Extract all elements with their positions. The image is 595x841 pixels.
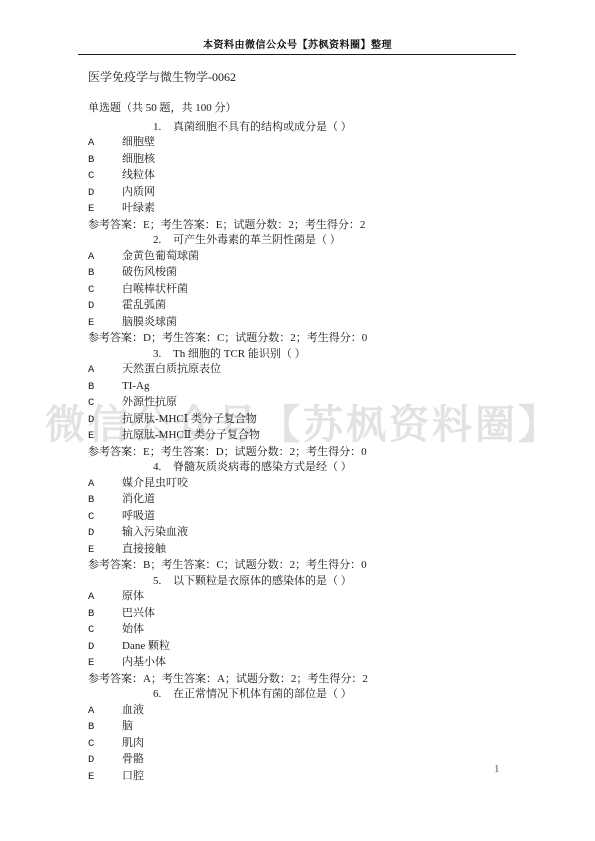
- answer-score-line: 参考答案：B；考生答案：C；试题分数：2；考生得分：0: [88, 558, 512, 574]
- option-text: 肌肉: [122, 737, 144, 749]
- option-text: 白喉棒状杆菌: [122, 283, 188, 295]
- option-text: 巴兴体: [122, 607, 155, 619]
- option-row: C白喉棒状杆菌: [88, 282, 512, 299]
- option-letter: D: [88, 186, 122, 202]
- section-heading: 单选题（共 50 题，共 100 分）: [88, 101, 512, 117]
- question-stem: 6.在正常情况下机体有菌的部位是（ ）: [88, 687, 512, 703]
- option-letter: D: [88, 526, 122, 542]
- answer-score-line: 参考答案：E；考生答案：D；试题分数：2；考生得分：0: [88, 445, 512, 461]
- option-row: C呼吸道: [88, 509, 512, 526]
- answer-score-line: 参考答案：D；考生答案：C；试题分数：2；考生得分：0: [88, 331, 512, 347]
- option-text: 原体: [122, 590, 144, 602]
- option-row: BTI-Ag: [88, 379, 512, 396]
- option-letter: A: [88, 250, 122, 266]
- option-text: 呼吸道: [122, 510, 155, 522]
- option-text: 血液: [122, 704, 144, 716]
- option-letter: C: [88, 623, 122, 639]
- option-letter: E: [88, 770, 122, 786]
- option-row: A金黄色葡萄球菌: [88, 249, 512, 266]
- option-text: 脑: [122, 720, 133, 732]
- question-block: 1.真菌细胞不具有的结构或成分是（ ）A细胞壁B细胞核C线粒体D内质网E叶绿素参…: [88, 120, 512, 234]
- question-stem: 2.可产生外毒素的革兰阴性菌是（ ）: [88, 233, 512, 249]
- option-letter: A: [88, 363, 122, 379]
- option-letter: D: [88, 413, 122, 429]
- document-title: 医学免疫学与微生物学-0062: [88, 70, 512, 86]
- option-text: 细胞壁: [122, 136, 155, 148]
- question-text: 可产生外毒素的革兰阴性菌是（ ）: [173, 234, 341, 246]
- question-number: 4.: [153, 460, 173, 476]
- option-letter: C: [88, 396, 122, 412]
- option-text: 外源性抗原: [122, 396, 177, 408]
- option-letter: D: [88, 640, 122, 656]
- answer-score-line: 参考答案：E；考生答案：E；试题分数：2；考生得分：2: [88, 218, 512, 234]
- option-text: 线粒体: [122, 169, 155, 181]
- option-text: 叶绿素: [122, 202, 155, 214]
- option-letter: A: [88, 136, 122, 152]
- option-row: E内基小体: [88, 655, 512, 672]
- option-letter: A: [88, 590, 122, 606]
- option-row: D输入污染血液: [88, 525, 512, 542]
- option-row: D骨骼: [88, 752, 512, 769]
- document-page: 微信公众号【苏枫资料圈】 本资料由微信公众号【苏枫资料圈】整理 医学免疫学与微生…: [0, 0, 595, 841]
- option-row: E叶绿素: [88, 201, 512, 218]
- question-number: 3.: [153, 347, 173, 363]
- option-letter: C: [88, 283, 122, 299]
- option-row: B细胞核: [88, 152, 512, 169]
- option-row: A细胞壁: [88, 135, 512, 152]
- option-text: 抗原肽-MHCⅠ 类分子复合物: [122, 413, 257, 425]
- question-block: 6.在正常情况下机体有菌的部位是（ ）A血液B脑C肌肉D骨骼E口腔: [88, 687, 512, 785]
- option-row: C外源性抗原: [88, 395, 512, 412]
- option-text: TI-Ag: [122, 380, 150, 392]
- option-text: 霍乱弧菌: [122, 299, 166, 311]
- option-letter: E: [88, 316, 122, 332]
- option-letter: D: [88, 753, 122, 769]
- question-text: 脊髓灰质炎病毒的感染方式是经（ ）: [173, 461, 352, 473]
- option-row: C肌肉: [88, 736, 512, 753]
- question-number: 1.: [153, 120, 173, 136]
- option-letter: B: [88, 720, 122, 736]
- option-row: B消化道: [88, 492, 512, 509]
- option-letter: C: [88, 510, 122, 526]
- option-letter: B: [88, 266, 122, 282]
- question-text: 以下颗粒是衣原体的感染体的是（ ）: [173, 575, 352, 587]
- option-letter: A: [88, 704, 122, 720]
- option-text: 内质网: [122, 186, 155, 198]
- option-text: 金黄色葡萄球菌: [122, 250, 199, 262]
- option-text: 抗原肽-MHCⅡ 类分子复合物: [122, 429, 260, 441]
- option-row: E直接接触: [88, 542, 512, 559]
- option-row: B脑: [88, 719, 512, 736]
- option-letter: E: [88, 543, 122, 559]
- option-text: 破伤风梭菌: [122, 266, 177, 278]
- option-text: 消化道: [122, 493, 155, 505]
- option-text: 天然蛋白质抗原表位: [122, 363, 221, 375]
- question-number: 5.: [153, 574, 173, 590]
- option-letter: E: [88, 202, 122, 218]
- option-letter: C: [88, 737, 122, 753]
- option-row: C始体: [88, 622, 512, 639]
- question-list: 1.真菌细胞不具有的结构或成分是（ ）A细胞壁B细胞核C线粒体D内质网E叶绿素参…: [88, 120, 512, 786]
- option-row: E抗原肽-MHCⅡ 类分子复合物: [88, 428, 512, 445]
- option-letter: D: [88, 299, 122, 315]
- option-text: 细胞核: [122, 153, 155, 165]
- option-text: 输入污染血液: [122, 526, 188, 538]
- option-text: 口腔: [122, 770, 144, 782]
- question-block: 2.可产生外毒素的革兰阴性菌是（ ）A金黄色葡萄球菌B破伤风梭菌C白喉棒状杆菌D…: [88, 233, 512, 347]
- option-row: A媒介昆虫叮咬: [88, 476, 512, 493]
- page-number: 1: [494, 763, 500, 775]
- question-stem: 1.真菌细胞不具有的结构或成分是（ ）: [88, 120, 512, 136]
- question-block: 5.以下颗粒是衣原体的感染体的是（ ）A原体B巴兴体C始体DDane 颗粒E内基…: [88, 574, 512, 688]
- option-row: C线粒体: [88, 168, 512, 185]
- option-letter: C: [88, 169, 122, 185]
- question-block: 4.脊髓灰质炎病毒的感染方式是经（ ）A媒介昆虫叮咬B消化道C呼吸道D输入污染血…: [88, 460, 512, 574]
- question-stem: 5.以下颗粒是衣原体的感染体的是（ ）: [88, 574, 512, 590]
- option-row: E口腔: [88, 769, 512, 786]
- question-stem: 3.Th 细胞的 TCR 能识别（ ）: [88, 347, 512, 363]
- option-letter: E: [88, 656, 122, 672]
- option-letter: B: [88, 607, 122, 623]
- option-text: 始体: [122, 623, 144, 635]
- option-letter: E: [88, 429, 122, 445]
- option-letter: A: [88, 477, 122, 493]
- question-block: 3.Th 细胞的 TCR 能识别（ ）A天然蛋白质抗原表位BTI-AgC外源性抗…: [88, 347, 512, 461]
- option-row: B巴兴体: [88, 606, 512, 623]
- header-notice: 本资料由微信公众号【苏枫资料圈】整理: [0, 36, 595, 51]
- document-content: 医学免疫学与微生物学-0062 单选题（共 50 题，共 100 分） 1.真菌…: [88, 70, 512, 785]
- option-letter: B: [88, 493, 122, 509]
- question-text: 在正常情况下机体有菌的部位是（ ）: [173, 688, 352, 700]
- option-text: 脑膜炎球菌: [122, 316, 177, 328]
- question-text: 真菌细胞不具有的结构或成分是（ ）: [173, 121, 352, 133]
- option-text: 骨骼: [122, 753, 144, 765]
- option-text: 内基小体: [122, 656, 166, 668]
- option-letter: B: [88, 153, 122, 169]
- question-text: Th 细胞的 TCR 能识别（ ）: [173, 348, 306, 360]
- option-row: D内质网: [88, 185, 512, 202]
- option-row: A血液: [88, 703, 512, 720]
- option-text: 媒介昆虫叮咬: [122, 477, 188, 489]
- question-number: 6.: [153, 687, 173, 703]
- option-text: 直接接触: [122, 543, 166, 555]
- option-text: Dane 颗粒: [122, 640, 170, 652]
- option-row: A天然蛋白质抗原表位: [88, 362, 512, 379]
- question-number: 2.: [153, 233, 173, 249]
- option-row: E脑膜炎球菌: [88, 315, 512, 332]
- answer-score-line: 参考答案：A；考生答案：A；试题分数：2；考生得分：2: [88, 672, 512, 688]
- header-rule: [78, 54, 516, 55]
- option-letter: B: [88, 380, 122, 396]
- question-stem: 4.脊髓灰质炎病毒的感染方式是经（ ）: [88, 460, 512, 476]
- option-row: D抗原肽-MHCⅠ 类分子复合物: [88, 412, 512, 429]
- option-row: DDane 颗粒: [88, 639, 512, 656]
- option-row: D霍乱弧菌: [88, 298, 512, 315]
- option-row: B破伤风梭菌: [88, 265, 512, 282]
- option-row: A原体: [88, 589, 512, 606]
